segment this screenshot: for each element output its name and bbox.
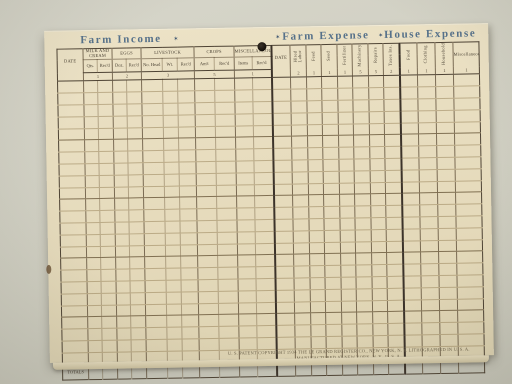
ledger-cell — [403, 299, 421, 311]
totals-cell — [182, 362, 199, 377]
ledger-cell — [385, 158, 401, 170]
ledger-cell — [401, 181, 419, 193]
ledger-cell — [62, 317, 88, 329]
ledger-cell — [455, 180, 481, 192]
ledger-cell — [340, 230, 355, 242]
ledger-cell — [356, 277, 372, 289]
ledger-cell — [257, 314, 276, 326]
ledger-cell — [422, 334, 440, 346]
ledger-cell — [99, 175, 114, 187]
ledger-cell — [418, 87, 436, 99]
ledger-cell — [87, 270, 101, 282]
ledger-cell — [254, 149, 273, 161]
ledger-cell — [457, 298, 483, 310]
ledger-cell — [215, 126, 235, 138]
ledger-cell — [454, 121, 480, 133]
ledger-cell — [98, 128, 113, 140]
ledger-cell — [142, 80, 163, 92]
ledger-cell — [369, 99, 384, 111]
ledger-cell — [354, 147, 370, 159]
ledger-cell — [419, 146, 437, 158]
ledger-cell — [322, 77, 338, 89]
ledger-cell — [217, 220, 237, 232]
ledger-cell — [218, 279, 238, 291]
ledger-cell — [386, 205, 402, 217]
ledger-cell — [310, 278, 325, 290]
ledger-cell — [354, 171, 370, 183]
ledger-cell — [198, 268, 218, 280]
ledger-cell — [163, 91, 178, 103]
amt-subheader: Am't — [194, 58, 214, 72]
ledger-cell — [437, 134, 455, 146]
ledger-cell — [292, 172, 308, 184]
ledger-cell — [145, 280, 166, 292]
ledger-cell — [238, 255, 256, 267]
ledger-cell — [325, 254, 341, 266]
expense-col-label: Fertilizer — [342, 46, 347, 66]
ledger-cell — [60, 234, 86, 246]
ledger-cell — [179, 185, 196, 197]
ledger-cell — [256, 267, 275, 279]
ledger-cell — [237, 196, 255, 208]
ledger-cell — [166, 256, 181, 268]
ledger-cell — [355, 230, 371, 242]
ledger-cell — [293, 207, 309, 219]
ledger-cell — [293, 219, 309, 231]
ledger-cell — [178, 126, 195, 138]
totals-cell — [88, 364, 102, 379]
ledger-cell — [61, 258, 87, 270]
ledger-cell — [438, 228, 456, 240]
ledger-cell — [386, 241, 402, 253]
milk-cream-header: MILK AND CREAM — [83, 48, 112, 60]
ledger-cell — [218, 255, 238, 267]
ledger-cell — [237, 243, 255, 255]
ledger-cell — [100, 234, 115, 246]
ledger-cell — [113, 116, 127, 128]
ledger-cell — [400, 87, 418, 99]
nohead-subheader: No. Head — [141, 59, 162, 73]
ledger-cell — [215, 79, 235, 91]
ledger-cell — [236, 173, 254, 185]
ledger-cell — [178, 91, 195, 103]
expense-col-label: Machinery — [358, 44, 363, 66]
ledger-cell — [323, 136, 339, 148]
ledger-cell — [100, 210, 115, 222]
ledger-cell — [114, 175, 128, 187]
ledger-cell — [195, 126, 215, 138]
ledger-cell — [384, 87, 400, 99]
ledger-cell — [166, 268, 181, 280]
ledger-cell — [99, 151, 114, 163]
ledger-cell — [340, 242, 355, 254]
livestock-header: LIVESTOCK — [141, 47, 194, 59]
ledger-cell — [145, 257, 166, 269]
ledger-cell — [239, 314, 257, 326]
ledger-cell — [166, 280, 181, 292]
ledger-cell — [439, 299, 457, 311]
house-col-label: Food — [406, 49, 411, 60]
ledger-cell — [114, 187, 128, 199]
ledger-cell — [292, 148, 308, 160]
ledger-cell — [292, 160, 308, 172]
ledger-cell — [274, 195, 293, 207]
ledger-cell — [456, 228, 482, 240]
ledger-cell — [372, 276, 387, 288]
ledger-cell — [113, 128, 127, 140]
ledger-cell — [354, 159, 370, 171]
ledger-cell — [309, 242, 324, 254]
ledger-cell — [117, 316, 131, 328]
ledger-cell — [422, 323, 440, 335]
ledger-cell — [129, 198, 144, 210]
ledger-cell — [292, 183, 308, 195]
ledger-cell — [86, 199, 100, 211]
ledger-cell — [216, 161, 236, 173]
ledger-cell — [86, 234, 100, 246]
ledger-cell — [418, 110, 436, 122]
ledger-cell — [291, 89, 307, 101]
ledger-cell — [273, 184, 292, 196]
ledger-cell — [116, 257, 130, 269]
ledger-cell — [437, 181, 455, 193]
ledger-cell — [400, 75, 418, 87]
ledger-cell — [62, 352, 88, 364]
ledger-cell — [88, 352, 102, 364]
totals-cell — [102, 364, 117, 379]
ledger-cell — [357, 324, 373, 336]
ledger-cell — [179, 138, 196, 150]
ledger-cell — [59, 164, 85, 176]
ledger-cell — [293, 242, 309, 254]
ledger-cell — [404, 335, 422, 347]
ledger-cell — [84, 93, 98, 105]
ledger-cell — [178, 79, 195, 91]
ledger-cell — [254, 137, 273, 149]
ledger-cell — [357, 312, 373, 324]
ledger-cell — [437, 145, 455, 157]
ledger-cell — [61, 282, 87, 294]
star-icon: ✶ — [378, 32, 383, 39]
ledger-cell — [85, 187, 99, 199]
ledger-cell — [131, 351, 146, 363]
ledger-cell — [164, 150, 179, 162]
ledger-cell — [99, 140, 114, 152]
ledger-cell — [307, 112, 322, 124]
ledger-cell — [181, 268, 198, 280]
ledger-cell — [385, 182, 401, 194]
expense-col-header: Repairs — [368, 43, 383, 68]
ledger-cell — [295, 337, 311, 349]
ledger-cell — [455, 145, 481, 157]
ledger-cell — [402, 229, 420, 241]
ledger-cell — [215, 102, 235, 114]
ledger-cell — [100, 246, 115, 258]
ledger-cell — [353, 76, 369, 88]
crops-header: CROPS — [194, 46, 234, 58]
ledger-cell — [143, 139, 164, 151]
ledger-cell — [274, 243, 293, 255]
ledger-cell — [385, 146, 401, 158]
ledger-cell — [256, 278, 275, 290]
ledger-cell — [254, 184, 273, 196]
ledger-cell — [196, 161, 216, 173]
ledger-cell — [308, 160, 323, 172]
ledger-cell — [102, 352, 117, 364]
ledger-cell — [340, 206, 355, 218]
ledger-cell — [324, 218, 340, 230]
ledger-cell — [199, 350, 219, 362]
ledger-cell — [403, 252, 421, 264]
totals-label: TOTALS — [62, 364, 88, 379]
ledger-cell — [130, 257, 145, 269]
ledger-cell — [199, 338, 219, 350]
ledger-cell — [440, 311, 458, 323]
ledger-cell — [145, 292, 166, 304]
ledger-cell — [255, 219, 274, 231]
ledger-cell — [238, 291, 256, 303]
ledger-cell — [310, 301, 325, 313]
totals-cell — [131, 363, 146, 378]
ledger-cell — [236, 149, 254, 161]
ledger-cell — [217, 244, 237, 256]
ledger-cell — [401, 134, 419, 146]
ledger-cell — [115, 246, 129, 258]
ledger-cell — [58, 128, 84, 140]
ledger-cell — [457, 251, 483, 263]
ledger-cell — [454, 98, 480, 110]
ledger-cell — [102, 340, 117, 352]
ledger-cell — [129, 222, 144, 234]
ledger-cell — [325, 277, 341, 289]
ledger-cell — [356, 265, 372, 277]
ledger-cell — [129, 210, 144, 222]
ledger-cell — [419, 181, 437, 193]
farm-expense-title: Farm Expense — [282, 29, 370, 43]
ledger-cell — [420, 193, 438, 205]
ledger-cell — [401, 158, 419, 170]
totals-cell — [440, 358, 458, 373]
ledger-cell — [273, 148, 292, 160]
ledger-cell — [256, 290, 275, 302]
ledger-cell — [165, 209, 180, 221]
ledger-cell — [99, 187, 114, 199]
ledger-cell — [115, 198, 129, 210]
ledger-cell — [86, 211, 100, 223]
ledger-cell — [180, 244, 197, 256]
ledger-cell — [400, 122, 418, 134]
ledger-cell — [87, 281, 101, 293]
ledger-cell — [131, 340, 146, 352]
ledger-cell — [353, 100, 369, 112]
ledger-cell — [60, 223, 86, 235]
ledger-cell — [88, 329, 102, 341]
ledger-cell — [143, 162, 164, 174]
ledger-cell — [58, 93, 84, 105]
ledger-cell — [86, 246, 100, 258]
ledger-cell — [325, 301, 341, 313]
ledger-cell — [128, 151, 143, 163]
ledger-cell — [356, 300, 372, 312]
ledger-cell — [369, 123, 384, 135]
expense-col-label: Feed — [311, 51, 316, 61]
ledger-cell — [219, 314, 239, 326]
ledger-cell — [102, 328, 117, 340]
ledger-cell — [385, 170, 401, 182]
ledger-cell — [436, 122, 454, 134]
ledger-cell — [165, 221, 180, 233]
ledger-cell — [339, 135, 354, 147]
ledger-cell — [419, 158, 437, 170]
ledger-cell — [421, 252, 439, 264]
ledger-cell — [420, 217, 438, 229]
ledger-cell — [353, 123, 369, 135]
ledger-cell — [342, 312, 357, 324]
ledger-cell — [403, 288, 421, 300]
ledger-cell — [401, 146, 419, 158]
ledger-cell — [182, 350, 199, 362]
totals-cell — [373, 359, 388, 374]
ledger-cell — [457, 275, 483, 287]
eggs-header: EGGS — [112, 48, 141, 60]
ledger-cell — [88, 340, 102, 352]
ledger-cell — [308, 171, 323, 183]
ledger-cell — [421, 276, 439, 288]
ledger-cell — [179, 150, 196, 162]
expense-col-label: Hired Labor — [293, 45, 302, 69]
ledger-cell — [167, 327, 182, 339]
ledger-cell — [59, 140, 85, 152]
ledger-cell — [373, 335, 388, 347]
ledger-cell — [164, 162, 179, 174]
ledger-cell — [341, 265, 356, 277]
ledger-cell — [196, 150, 216, 162]
ledger-cell — [325, 265, 341, 277]
ledger-cell — [127, 80, 142, 92]
ledger-cell — [323, 159, 339, 171]
ledger-cell — [387, 264, 403, 276]
ledger-cell — [255, 231, 274, 243]
ledger-cell — [198, 279, 218, 291]
ledger-cell — [219, 338, 239, 350]
ledger-cell — [142, 115, 163, 127]
expense-col-header: Machinery — [352, 44, 368, 69]
ledger-cell — [144, 245, 165, 257]
ledger-cell — [339, 183, 354, 195]
ledger-cell — [418, 75, 436, 87]
ledger-cell — [438, 193, 456, 205]
ledger-cell — [235, 102, 253, 114]
totals-cell — [257, 361, 276, 376]
ledger-cell — [196, 173, 216, 185]
ledger-cell — [456, 204, 482, 216]
ledger-cell — [84, 128, 98, 140]
house-col-header: Household — [435, 42, 453, 67]
totals-cell — [342, 360, 357, 375]
ledger-cell — [439, 287, 457, 299]
ledger-cell — [146, 327, 167, 339]
expense-col-header: Seed — [321, 44, 337, 69]
ledger-cell — [144, 233, 165, 245]
ledger-cell — [420, 205, 438, 217]
ledger-cell — [322, 89, 338, 101]
ledger-cell — [272, 78, 291, 90]
ledger-cell — [84, 104, 98, 116]
ledger-cell — [197, 232, 217, 244]
ledger-cell — [292, 136, 308, 148]
totals-cell — [276, 361, 295, 376]
ledger-cell — [127, 104, 142, 116]
ledger-cell — [455, 169, 481, 181]
ledger-cell — [255, 208, 274, 220]
ledger-cell — [458, 322, 484, 334]
ledger-cell — [165, 245, 180, 257]
ledger-cell — [456, 216, 482, 228]
ledger-cell — [370, 170, 385, 182]
ledger-cell — [323, 171, 339, 183]
ledger-cell — [436, 86, 454, 98]
ledger-cell — [101, 305, 116, 317]
ledger-cell — [84, 116, 98, 128]
ledger-cell — [180, 221, 197, 233]
totals-cell — [167, 363, 182, 378]
ledger-cell — [309, 207, 324, 219]
ledger-cell — [342, 336, 357, 348]
ledger-cell — [113, 80, 127, 92]
ledger-cell — [356, 288, 372, 300]
account-number: 1 — [306, 69, 321, 77]
ledger-cell — [273, 137, 292, 149]
ledger-cell — [272, 113, 291, 125]
ledger-cell — [100, 222, 115, 234]
ledger-cell — [326, 324, 342, 336]
ledger-cell — [99, 163, 114, 175]
ledger-cell — [167, 351, 182, 363]
ledger-cell — [400, 111, 418, 123]
ledger-cell — [218, 267, 238, 279]
ledger-cell — [59, 176, 85, 188]
ledger-cell — [308, 136, 323, 148]
ledger-cell — [311, 325, 326, 337]
ledger-cell — [420, 240, 438, 252]
ledger-cell — [370, 182, 385, 194]
ledger-cell — [215, 90, 235, 102]
ledger-cell — [309, 230, 324, 242]
ledger-page: Farm Income ✶ ✶ Farm Expense ✶ House Exp… — [44, 23, 494, 363]
ledger-cell — [127, 127, 142, 139]
ledger-cell — [238, 267, 256, 279]
ledger-cell — [142, 103, 163, 115]
ledger-cell — [195, 79, 215, 91]
ledger-cell — [253, 125, 272, 137]
ledger-cell — [419, 169, 437, 181]
ledger-cell — [420, 228, 438, 240]
ledger-cell — [354, 135, 370, 147]
ledger-cell — [116, 304, 130, 316]
ledger-cell — [197, 244, 217, 256]
ledger-cell — [342, 324, 357, 336]
ledger-cell — [386, 217, 402, 229]
ledger-cell — [324, 206, 340, 218]
ledger-cell — [274, 207, 293, 219]
house-expense-title: House Expense — [384, 27, 476, 41]
expense-col-header: Fertilizer — [337, 44, 352, 69]
ledger-cell — [101, 293, 116, 305]
ledger-cell — [143, 151, 164, 163]
ledger-cell — [130, 292, 145, 304]
ledger-cell — [253, 78, 272, 90]
ledger-cell — [340, 194, 355, 206]
